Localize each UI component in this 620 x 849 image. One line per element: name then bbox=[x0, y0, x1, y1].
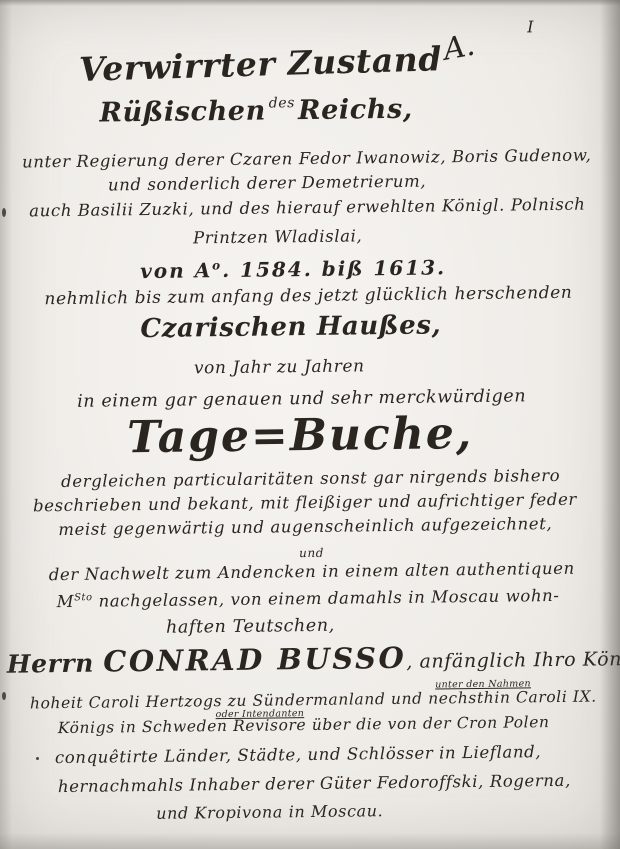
manuscript-line-rulers-1: unter Regierung derer Czaren Fedor Iwano… bbox=[0, 146, 617, 172]
manuscript-line-period-1: nehmlich bis zum anfang des jetzt glückl… bbox=[0, 283, 619, 309]
author-name-line: Herrn CONRAD BUSSO, anfänglich Ihro Köni… bbox=[7, 640, 620, 679]
author-detail-line-3: conquêtirte Länder, Städte, und Schlösse… bbox=[0, 742, 608, 768]
manuscript-line-czar-house: Czarischen Haußes, bbox=[0, 309, 601, 345]
title-inserted-word-des: des bbox=[269, 95, 295, 111]
author-prefix: Herrn bbox=[7, 649, 104, 679]
author-detail-line-4: hernachmahls Inhaber derer Güter Fedorof… bbox=[4, 771, 620, 797]
manuscript-line-rulers-2: und sonderlich derer Demetrierum, bbox=[0, 171, 577, 197]
manuscript-line-description-2: beschrieben und bekant, mit fleißiger un… bbox=[0, 490, 615, 516]
manuscript-line-description-3: meist gegenwärtig und augenscheinlich au… bbox=[0, 514, 615, 540]
title-word-reichs: Reichs, bbox=[298, 94, 413, 126]
msto-part-1: M bbox=[57, 592, 75, 611]
book-title-tagebuch: Tage=Buche, bbox=[0, 408, 610, 464]
title-line-1: Verwirrter Zustand bbox=[0, 37, 571, 92]
author-detail-line-1: hoheit Caroli Hertzogs zu Sündermanland … bbox=[3, 688, 620, 713]
interlinear-note-unter-den-nahmen: unter den Nahmen bbox=[435, 678, 531, 690]
manuscript-line-description-1: dergleichen particularitäten sonst gar n… bbox=[1, 466, 620, 492]
paper-blemish bbox=[2, 208, 6, 217]
manuscript-page-scan: A. I Verwirrter Zustand RüßischendesReic… bbox=[0, 0, 620, 849]
author-suffix: , anfänglich Ihro Königl. bbox=[406, 648, 620, 673]
date-superscript: o bbox=[212, 258, 222, 272]
msto-part-2: nachgelassen, von einem damahls in Mosca… bbox=[93, 586, 560, 611]
interlinear-note-oder-intendanten: oder Intendanten bbox=[215, 708, 304, 720]
title-word-russischen: Rüßischen bbox=[99, 96, 266, 129]
date-part-2: . 1584. biß 1613. bbox=[222, 255, 446, 282]
manuscript-line-teutschen: haften Teutschen, bbox=[0, 614, 561, 641]
msto-superscript: Sto bbox=[74, 592, 93, 603]
author-detail-line-2: Königs in Schweden Revisore über die von… bbox=[0, 713, 614, 738]
manuscript-line-msto: MSto nachgelassen, von einem damahls in … bbox=[0, 586, 618, 612]
paper-blemish bbox=[36, 757, 39, 760]
handwriting-layer: A. I Verwirrter Zustand RüßischendesReic… bbox=[0, 0, 620, 849]
date-range-line: von Ao. 1584. biß 1613. bbox=[0, 254, 603, 284]
date-part-1: von A bbox=[140, 258, 212, 283]
manuscript-line-rulers-3: auch Basilii Zuzki, und des hierauf erwe… bbox=[0, 195, 617, 221]
manuscript-line-rulers-4: Printzen Wladislai, bbox=[0, 225, 588, 251]
manuscript-line-posterity: der Nachwelt zum Andencken in einem alte… bbox=[2, 559, 620, 585]
author-detail-line-5: und Kropivona in Moscau. bbox=[0, 800, 580, 825]
folio-number: I bbox=[527, 17, 534, 36]
title-line-2: RüßischendesReichs, bbox=[0, 93, 566, 130]
author-name: CONRAD BUSSO bbox=[103, 641, 406, 679]
paper-blemish bbox=[2, 692, 6, 700]
manuscript-line-year-by-year: von Jahr zu Jahren bbox=[0, 355, 589, 381]
